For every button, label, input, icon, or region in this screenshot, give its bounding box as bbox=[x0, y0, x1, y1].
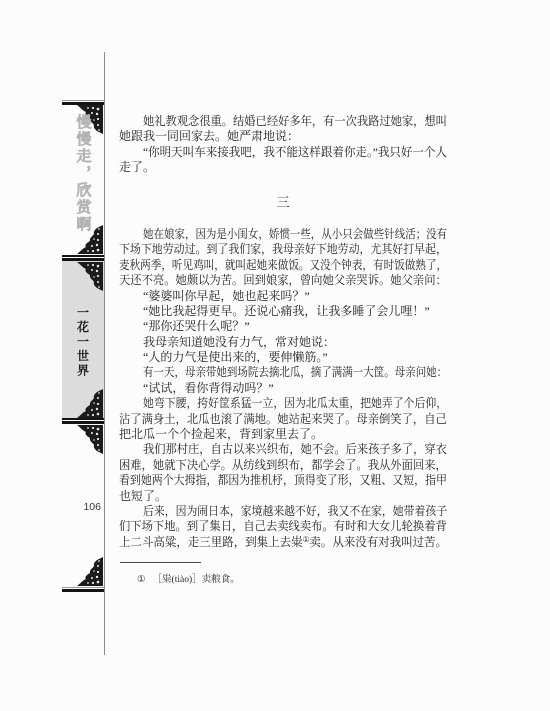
sidebar-unit-box: 慢慢走，欣赏啊 bbox=[62, 100, 104, 261]
body-text: 她礼教观念很重。结婚已经好多年，有一次我路过她家，想叫她跟我一同回家去。她严肃地… bbox=[119, 114, 449, 550]
sidebar-section-box: 一花一世界 bbox=[62, 261, 104, 424]
text-line: 把北瓜一个个捡起来，背到家里去了。 bbox=[119, 427, 449, 442]
text-line: 她礼教观念很重。结婚已经好多年，有一次我路过她家，想叫 bbox=[119, 114, 449, 129]
text-line: 沾了满身土，北瓜也滚了满地。她站起来哭了。母亲倒笑了，自己 bbox=[119, 412, 449, 427]
text-line: 天还不亮。她颇以为苦。回到娘家，曾向她父亲哭诉。她父亲问： bbox=[119, 273, 449, 288]
text-line: 困难，她就下决心学。从纺线到织布，都学会了。我从外面回来， bbox=[119, 458, 449, 473]
text-line: “你明天叫车来接我吧，我不能这样跟着你走。”我只好一个人 bbox=[119, 145, 449, 160]
lace-corner-icon bbox=[76, 262, 103, 291]
text-line: 她跟我一同回家去。她严肃地说： bbox=[119, 129, 449, 144]
body-part2: 她在娘家，因为是小闺女，娇惯一些，从小只会做些针线活；没有下场下地劳动过。到了我… bbox=[119, 227, 449, 550]
text-line: “婆婆叫你早起，她也起来吗？” bbox=[119, 289, 449, 304]
section-title: 一花一世界 bbox=[75, 306, 92, 379]
lace-corner-icon bbox=[76, 425, 103, 454]
section-heading: 三 bbox=[119, 195, 449, 210]
text-line: 走了。 bbox=[119, 160, 449, 175]
text-line: “她比我起得更早。还说心痛我，让我多睡了会儿哩！” bbox=[119, 304, 449, 319]
footnote-marker: ① bbox=[137, 575, 146, 585]
unit-title: 慢慢走，欣赏啊 bbox=[73, 114, 94, 233]
footnote-rule bbox=[120, 562, 201, 563]
text-line: 她在娘家，因为是小闺女，娇惯一些，从小只会做些针线活；没有 bbox=[119, 227, 449, 242]
footnote-text: ［粜(tiào)］卖粮食。 bbox=[153, 575, 240, 585]
lace-corner-icon bbox=[76, 557, 103, 586]
text-line: 后来，因为闹日本，家境越来越不好，我又不在家，她带着孩子 bbox=[119, 504, 449, 519]
text-line: 我们那村庄，自古以来兴织布，她不会。后来孩子多了，穿衣 bbox=[119, 442, 449, 457]
footnote-ref-marker: ① bbox=[303, 535, 310, 544]
text-line: “那你还哭什么呢？” bbox=[119, 319, 449, 334]
body-part1: 她礼教观念很重。结婚已经好多年，有一次我路过她家，想叫她跟我一同回家去。她严肃地… bbox=[119, 114, 449, 176]
text-line: 上二斗高粱，走三里路，到集上去粜①卖。从来没有对我叫过苦。 bbox=[119, 535, 449, 550]
text-line: 她弯下腰，挎好筐系猛一立，因为北瓜太重，把她弄了个后仰， bbox=[119, 396, 449, 411]
book-page: 慢慢走，欣赏啊 一花一世界 106 她礼教观念很重。结婚已经好多年，有一次我路过… bbox=[0, 0, 550, 711]
ornament-band bbox=[62, 587, 104, 592]
text-line: 下场下地劳动过。到了我们家，我母亲好下地劳动，尤其好打早起， bbox=[119, 242, 449, 257]
text-line: “试试，看你背得动吗？” bbox=[119, 381, 449, 396]
spine-rule bbox=[104, 52, 105, 655]
text-line: 们下场下地。到了集日，自己去卖线卖布。有时和大女儿轮换着背 bbox=[119, 519, 449, 534]
text-line: 也短了。 bbox=[119, 489, 449, 504]
page-number: 106 bbox=[62, 501, 101, 513]
text-line: 我母亲知道她没有力气，常对她说： bbox=[119, 335, 449, 350]
text-line: “人的力气是使出来的，要伸懒筋。” bbox=[119, 350, 449, 365]
text-line: 有一天，母亲带她到场院去摘北瓜，摘了满满一大筐。母亲问她： bbox=[119, 365, 449, 380]
lace-corner-icon bbox=[76, 389, 103, 418]
text-line: 麦秋两季，听见鸡叫，就叫起她来做饭。又没个钟表，有时饭做熟了， bbox=[119, 258, 449, 273]
footnote: ①［粜(tiào)］卖粮食。 bbox=[137, 571, 240, 585]
text-line: 看到她两个大拇指，都因为推机杼，顶得变了形，又粗、又短，指甲 bbox=[119, 473, 449, 488]
